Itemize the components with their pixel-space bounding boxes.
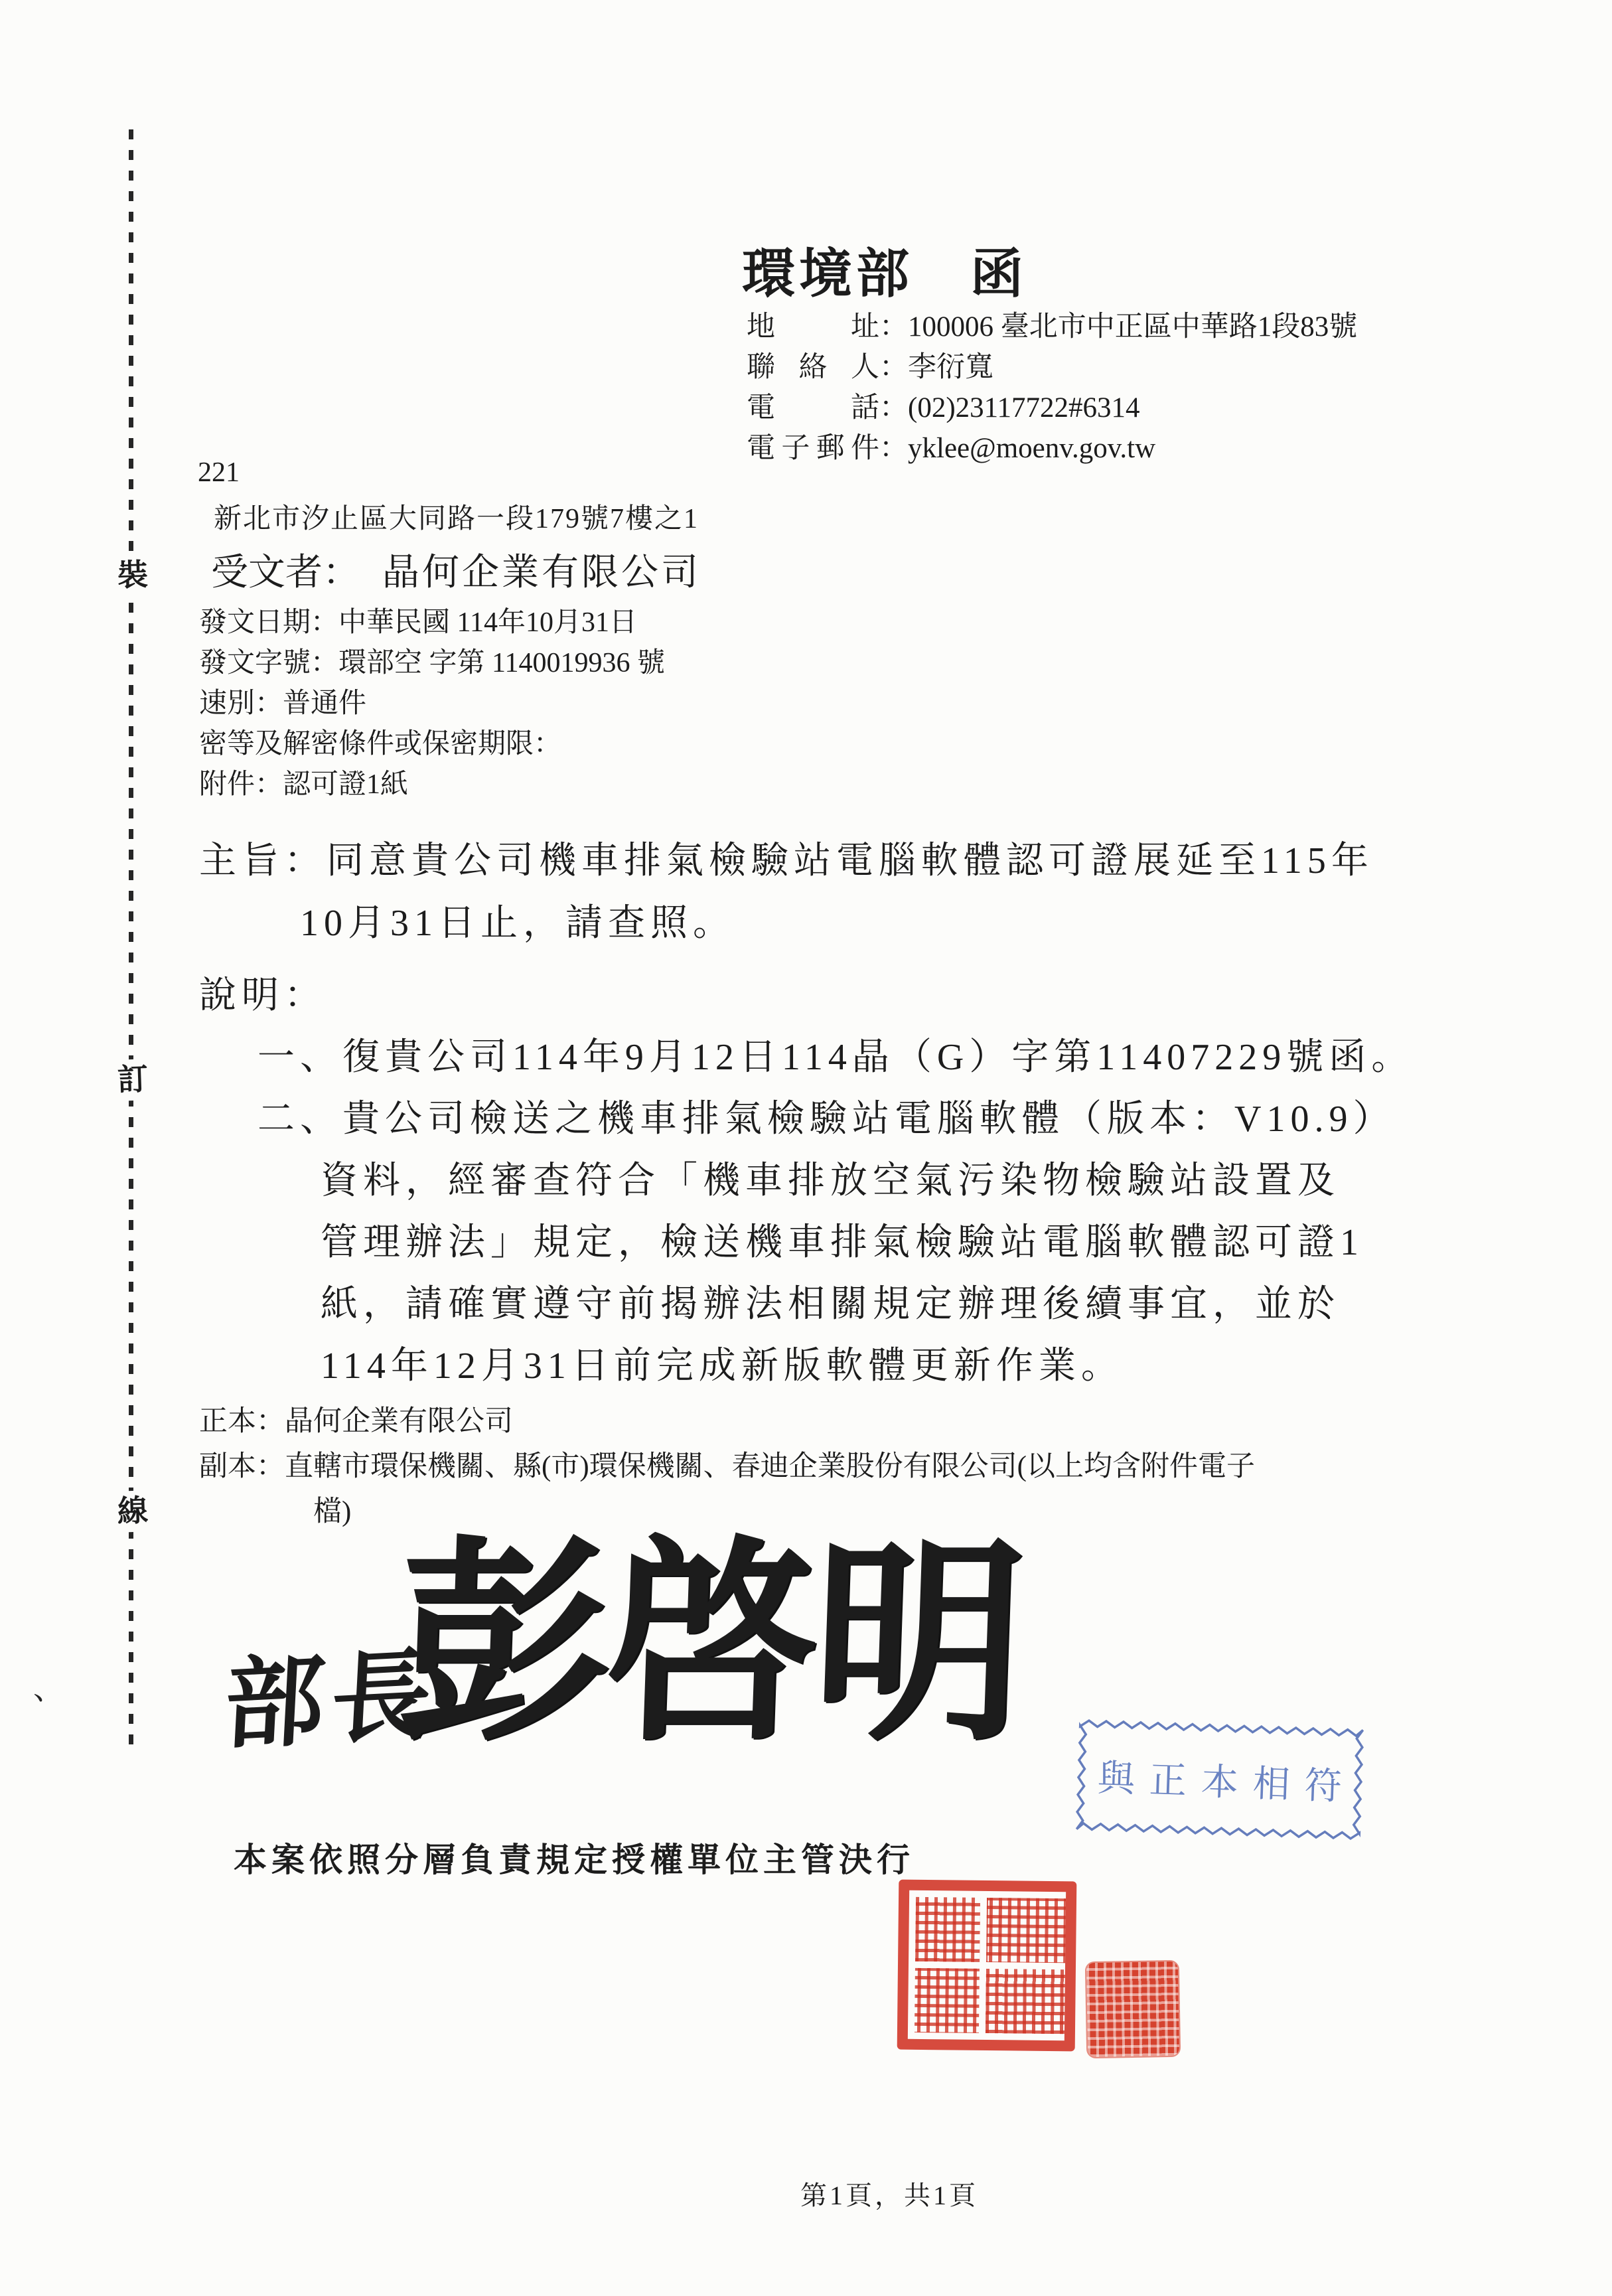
certified-copy-stamp-text: 與正本相符 xyxy=(1072,1715,1368,1843)
recipient-label: 受文者： xyxy=(211,552,360,593)
recipient-address: 新北市汐止區大同路一段179號7樓之1 xyxy=(214,497,699,536)
stray-pen-mark: 、 xyxy=(33,1665,64,1709)
agency-contact-block: 地址：100006 臺北市中正區中華路1段83號 聯絡人：李衍寬 電話：(02)… xyxy=(747,307,1357,469)
cc-line: 副本：直轄市環保機關、縣(市)環保機關、春迪企業股份有限公司(以上均含附件電子 xyxy=(199,1444,1255,1490)
explanation-item-2-cont: 資料，經審查符合「機車排放空氣污染物檢驗站設置及 xyxy=(321,1151,1340,1204)
seal-script-glyph xyxy=(915,1968,980,2033)
recipient-postal-code: 221 xyxy=(198,457,240,489)
page-number: 第1頁，共1頁 xyxy=(690,2175,1088,2212)
issue-date-line: 發文日期：中華民國 114年10月31日 xyxy=(199,603,665,643)
recipient-company: 晶何企業有限公司 xyxy=(382,552,701,593)
agency-email-line: 電子郵件：yklee@moenv.gov.tw xyxy=(747,428,1357,469)
letter-title: 環境部 函 xyxy=(742,231,1027,307)
seal-script-glyph xyxy=(986,1969,1065,2034)
classification-line: 密等及解密條件或保密期限： xyxy=(199,724,665,765)
attachment-line: 附件：認可證1紙 xyxy=(199,765,665,805)
binding-mark-ding: 訂 xyxy=(113,1059,152,1101)
minister-signature-calligraphy: 彭啓明 xyxy=(394,1505,1025,1787)
subject-line-2: 10月31日止，請查照。 xyxy=(300,893,735,947)
original-copy-line: 正本：晶何企業有限公司 xyxy=(199,1399,1255,1444)
recipient-line: 受文者：晶何企業有限公司 xyxy=(211,543,701,596)
explanation-item-2: 二、貴公司檢送之機車排氣檢驗站電腦軟體（版本：V10.9） xyxy=(257,1089,1395,1142)
seal-script-glyph xyxy=(986,1898,1066,1963)
explanation-item-2-cont: 紙，請確實遵守前揭辦法相關規定辦理後續事宜，並於 xyxy=(321,1274,1340,1328)
binding-mark-xian: 線 xyxy=(113,1490,152,1533)
agency-contact-line: 聯絡人：李衍寬 xyxy=(747,347,1357,388)
doc-number-line: 發文字號：環部空 字第 1140019936 號 xyxy=(199,643,665,684)
explanation-item-2-cont: 管理辦法」規定，檢送機車排氣檢驗站電腦軟體認可證1 xyxy=(321,1213,1364,1266)
personal-red-seal xyxy=(1086,1961,1179,2057)
seal-script-glyph xyxy=(915,1897,980,1962)
scanned-official-letter: 裝 訂 線 、 環境部 函 地址：100006 臺北市中正區中華路1段83號 聯… xyxy=(0,0,1612,2296)
binding-mark-zhuang: 裝 xyxy=(113,554,152,597)
delegation-note: 本案依照分層負責規定授權單位主管決行 xyxy=(234,1833,915,1881)
agency-phone-line: 電話：(02)23117722#6314 xyxy=(747,388,1357,428)
priority-line: 速別：普通件 xyxy=(199,684,665,724)
explanation-item-1: 一、復貴公司114年9月12日114晶（G）字第11407229號函。 xyxy=(257,1028,1414,1081)
document-meta-block: 發文日期：中華民國 114年10月31日 發文字號：環部空 字第 1140019… xyxy=(199,603,665,805)
explanation-heading: 說明： xyxy=(199,966,327,1019)
agency-address-line: 地址：100006 臺北市中正區中華路1段83號 xyxy=(747,307,1357,347)
subject-line-1: 主旨：同意貴公司機車排氣檢驗站電腦軟體認可證展延至115年 xyxy=(199,831,1374,884)
explanation-item-2-cont: 114年12月31日前完成新版軟體更新作業。 xyxy=(321,1336,1124,1389)
certified-copy-stamp: 與正本相符 xyxy=(1072,1715,1368,1843)
official-red-seal xyxy=(897,1880,1077,2052)
